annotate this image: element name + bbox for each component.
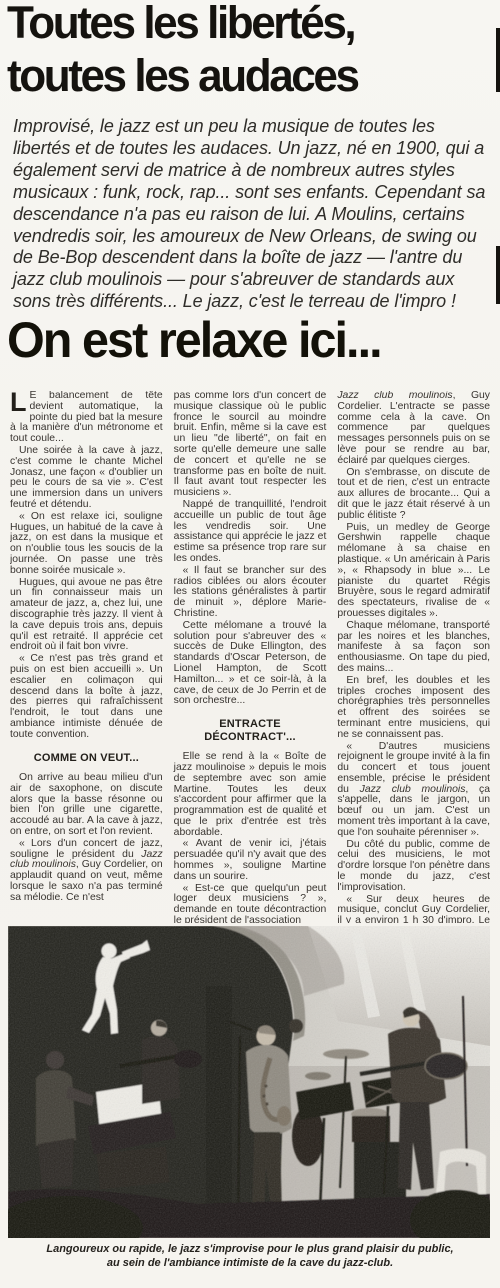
main-headline-line1: Toutes les libertés, [7,0,354,48]
paragraph: Cette mélomane a trouvé la solution pour… [174,621,327,707]
paragraph: En bref, les doubles et les triples croc… [337,676,490,741]
photo-caption-line2: au sein de l'ambiance intimiste de la ca… [107,1257,393,1269]
paragraph: On s'embrasse, on discute de tout et de … [337,468,490,522]
paragraph-text: E balancement de tête devient automatiqu… [10,391,163,444]
column-1: LE balancement de tête devient automatiq… [10,391,163,923]
lead-paragraph: Improvisé, le jazz est un peu la musique… [13,116,487,313]
paragraph: Une soirée à la cave à jazz, c'est comme… [10,446,163,511]
subhead-line1: ENTRACTE [219,718,281,730]
paragraph-segment: , Guy Cordelier. L'entracte se passe com… [337,391,490,466]
scan-artifact [496,246,500,304]
paragraph: « D'autres musiciens rejoignent le group… [337,742,490,839]
subhead-entracte-decontract: ENTRACTEDÉCONTRACT'... [174,718,327,743]
paragraph: LE balancement de tête devient automatiq… [10,391,163,445]
paragraph: pas comme lors d'un concert de musique c… [174,391,327,499]
drop-cap: L [10,391,30,413]
paragraph: « Sur deux heures de musique, conclut Gu… [337,895,490,923]
paragraph: « Ce n'est pas très grand et puis on est… [10,654,163,740]
paragraph: Elle se rend à la « Boîte de jazz moulin… [174,752,327,838]
paragraph-segment-italic: Jazz club moulinois [360,784,466,795]
paragraph: Chaque mélomane, transporté par les noir… [337,621,490,675]
article-columns: LE balancement de tête devient automatiq… [10,391,490,923]
column-3: Jazz club moulinois, Guy Cordelier. L'en… [337,391,490,923]
paragraph: Hugues, qui avoue ne pas être un fin con… [10,578,163,654]
jazz-band-photo-illustration [8,926,490,1238]
photo-caption-line1: Langoureux ou rapide, le jazz s'improvis… [46,1243,453,1255]
jazz-band-photo [8,926,490,1238]
main-headline: Toutes les libertés,toutes les audaces [7,0,358,102]
paragraph: On arrive au beau milieu d'un air de sax… [10,773,163,838]
newspaper-article-page: Toutes les libertés,toutes les audaces I… [0,0,500,1288]
paragraph: Puis, un medley de George Gershwin rappe… [337,523,490,620]
paragraph-segment: « Lors d'un concert de jazz, souligne le… [10,838,163,860]
paragraph: Du côté du public, comme de celui des mu… [337,840,490,894]
column-2: pas comme lors d'un concert de musique c… [174,391,327,923]
paragraph: Jazz club moulinois, Guy Cordelier. L'en… [337,391,490,467]
paragraph: « On est relaxe ici, souligne Hugues, un… [10,512,163,577]
paragraph: « Est-ce que quelqu'un peut loger deux m… [174,884,327,923]
paragraph: « Avant de venir ici, j'étais persuadée … [174,839,327,882]
paragraph-segment-italic: Jazz club moulinois [337,391,452,401]
photo-caption: Langoureux ou rapide, le jazz s'improvis… [0,1243,500,1270]
scan-artifact [496,28,500,92]
photo-grain [8,926,490,1238]
paragraph: « Il faut se brancher sur des radios cib… [174,566,327,620]
paragraph: Nappé de tranquillité, l'endroit accueil… [174,500,327,565]
subhead-line2: DÉCONTRACT'... [204,731,296,743]
secondary-headline: On est relaxe ici... [7,312,381,368]
paragraph: « Lors d'un concert de jazz, souligne le… [10,839,163,904]
subhead-comme-on-veut: COMME ON VEUT... [10,752,163,765]
main-headline-line2: toutes les audaces [7,50,358,101]
